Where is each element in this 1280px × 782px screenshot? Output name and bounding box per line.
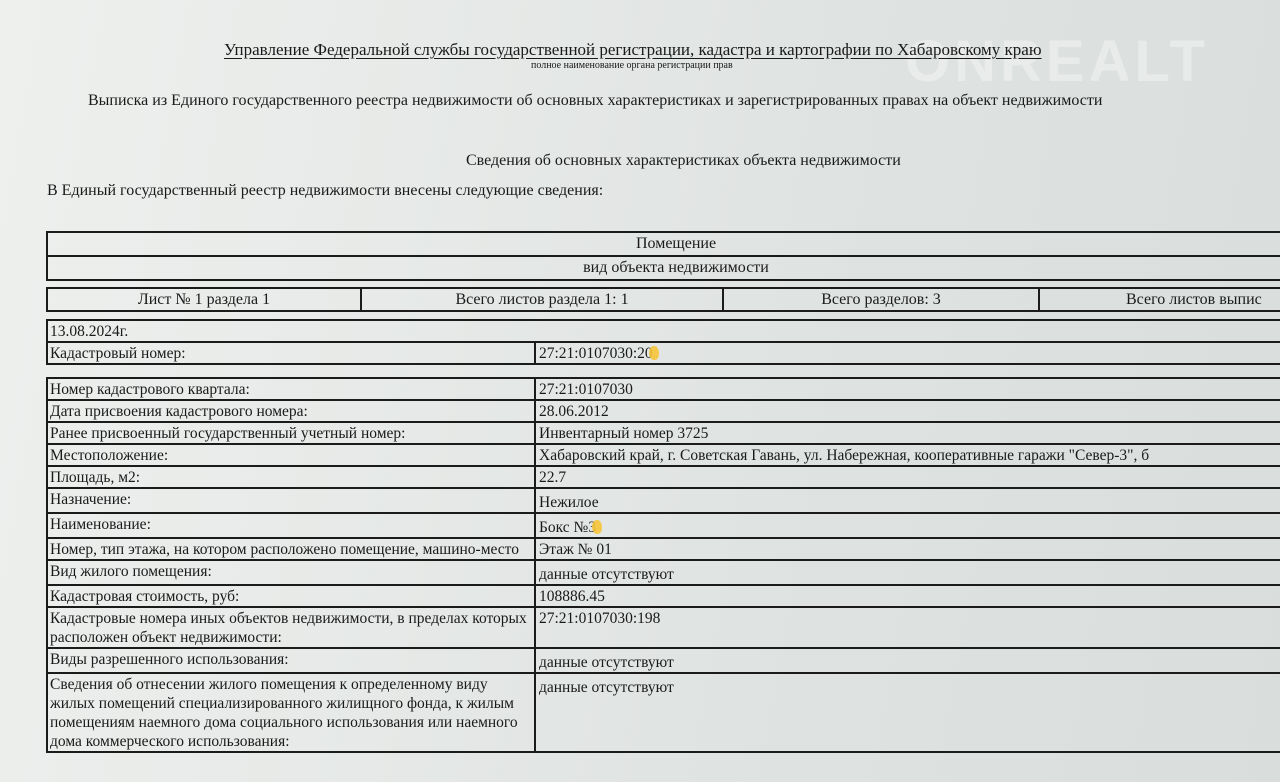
row-label: Номер, тип этажа, на котором расположено…: [48, 539, 536, 559]
table-row: Площадь, м2: 22.7: [48, 467, 1280, 489]
object-type-caption: вид объекта недвижимости: [48, 257, 1280, 279]
row-label: Кадастровая стоимость, руб:: [48, 586, 536, 606]
watermark: ONREALT: [905, 28, 1209, 95]
date-row: 13.08.2024г.: [48, 321, 1280, 343]
row-value-cell: Бокс №3: [536, 514, 1280, 537]
table-row: Сведения об отнесении жилого помещения к…: [48, 674, 1280, 753]
agency-caption: полное наименование органа регистрации п…: [531, 60, 733, 71]
row-label: Номер кадастрового квартала:: [48, 379, 536, 399]
row-label: Кадастровые номера иных объектов недвижи…: [48, 608, 536, 647]
row-value: данные отсутствуют: [536, 649, 1280, 672]
cadastral-number-row: Кадастровый номер: 27:21:0107030:20: [48, 343, 1280, 365]
table-row: Дата присвоения кадастрового номера: 28.…: [48, 401, 1280, 423]
table-row: Номер, тип этажа, на котором расположено…: [48, 539, 1280, 561]
row-value: Этаж № 01: [536, 539, 1280, 559]
table-row: Кадастровая стоимость, руб: 108886.45: [48, 586, 1280, 608]
row-label: Виды разрешенного использования:: [48, 649, 536, 672]
total-sheets: Всего листов выпис: [1040, 289, 1280, 310]
cadastral-number-cell: 27:21:0107030:20: [536, 343, 1280, 363]
preamble: В Единый государственный реестр недвижим…: [47, 182, 603, 200]
row-value: Нежилое: [536, 489, 1280, 512]
redaction-marker: [649, 346, 659, 360]
row-label: Ранее присвоенный государственный учетны…: [48, 423, 536, 443]
row-value: данные отсутствуют: [536, 561, 1280, 584]
row-label: Вид жилого помещения:: [48, 561, 536, 584]
row-value: 27:21:0107030:198: [536, 608, 1280, 647]
table-row: Кадастровые номера иных объектов недвижи…: [48, 608, 1280, 649]
extract-date: 13.08.2024г.: [48, 321, 1280, 341]
redaction-marker: [592, 520, 602, 534]
row-value: Бокс №3: [539, 519, 596, 536]
row-value: 108886.45: [536, 586, 1280, 606]
total-sections: Всего разделов: 3: [724, 289, 1040, 310]
row-label: Наименование:: [48, 514, 536, 537]
cadastral-number-table: 13.08.2024г. Кадастровый номер: 27:21:01…: [46, 319, 1280, 365]
row-label: Сведения об отнесении жилого помещения к…: [48, 674, 536, 751]
row-value: Хабаровский край, г. Советская Гавань, у…: [536, 445, 1280, 465]
table-row: Назначение: Нежилое: [48, 489, 1280, 514]
object-type-box: Помещение вид объекта недвижимости: [46, 231, 1280, 281]
sheet-number: Лист № 1 раздела 1: [48, 289, 362, 310]
section-title: Сведения об основных характеристиках объ…: [466, 152, 901, 170]
characteristics-table: Номер кадастрового квартала: 27:21:01070…: [46, 377, 1280, 753]
row-label: Дата присвоения кадастрового номера:: [48, 401, 536, 421]
table-row: Номер кадастрового квартала: 27:21:01070…: [48, 379, 1280, 401]
table-row: Ранее присвоенный государственный учетны…: [48, 423, 1280, 445]
row-value: 28.06.2012: [536, 401, 1280, 421]
sheet-info-row: Лист № 1 раздела 1 Всего листов раздела …: [46, 287, 1280, 312]
row-value: Инвентарный номер 3725: [536, 423, 1280, 443]
row-value: 27:21:0107030: [536, 379, 1280, 399]
table-row: Наименование: Бокс №3: [48, 514, 1280, 539]
sheets-in-section: Всего листов раздела 1: 1: [362, 289, 724, 310]
row-label: Площадь, м2:: [48, 467, 536, 487]
document-page: ONREALT Управление Федеральной службы го…: [0, 0, 1280, 782]
row-label: Местоположение:: [48, 445, 536, 465]
table-row: Вид жилого помещения: данные отсутствуют: [48, 561, 1280, 586]
extract-title: Выписка из Единого государственного реес…: [88, 92, 1102, 110]
cadastral-number-value: 27:21:0107030:20: [539, 345, 653, 362]
agency-name: Управление Федеральной службы государств…: [224, 40, 1042, 60]
table-row: Местоположение: Хабаровский край, г. Сов…: [48, 445, 1280, 467]
table-row: Виды разрешенного использования: данные …: [48, 649, 1280, 674]
cadastral-number-label: Кадастровый номер:: [48, 343, 536, 363]
row-value: 22.7: [536, 467, 1280, 487]
row-value: данные отсутствуют: [536, 674, 1280, 751]
row-label: Назначение:: [48, 489, 536, 512]
object-type-value: Помещение: [48, 233, 1280, 257]
